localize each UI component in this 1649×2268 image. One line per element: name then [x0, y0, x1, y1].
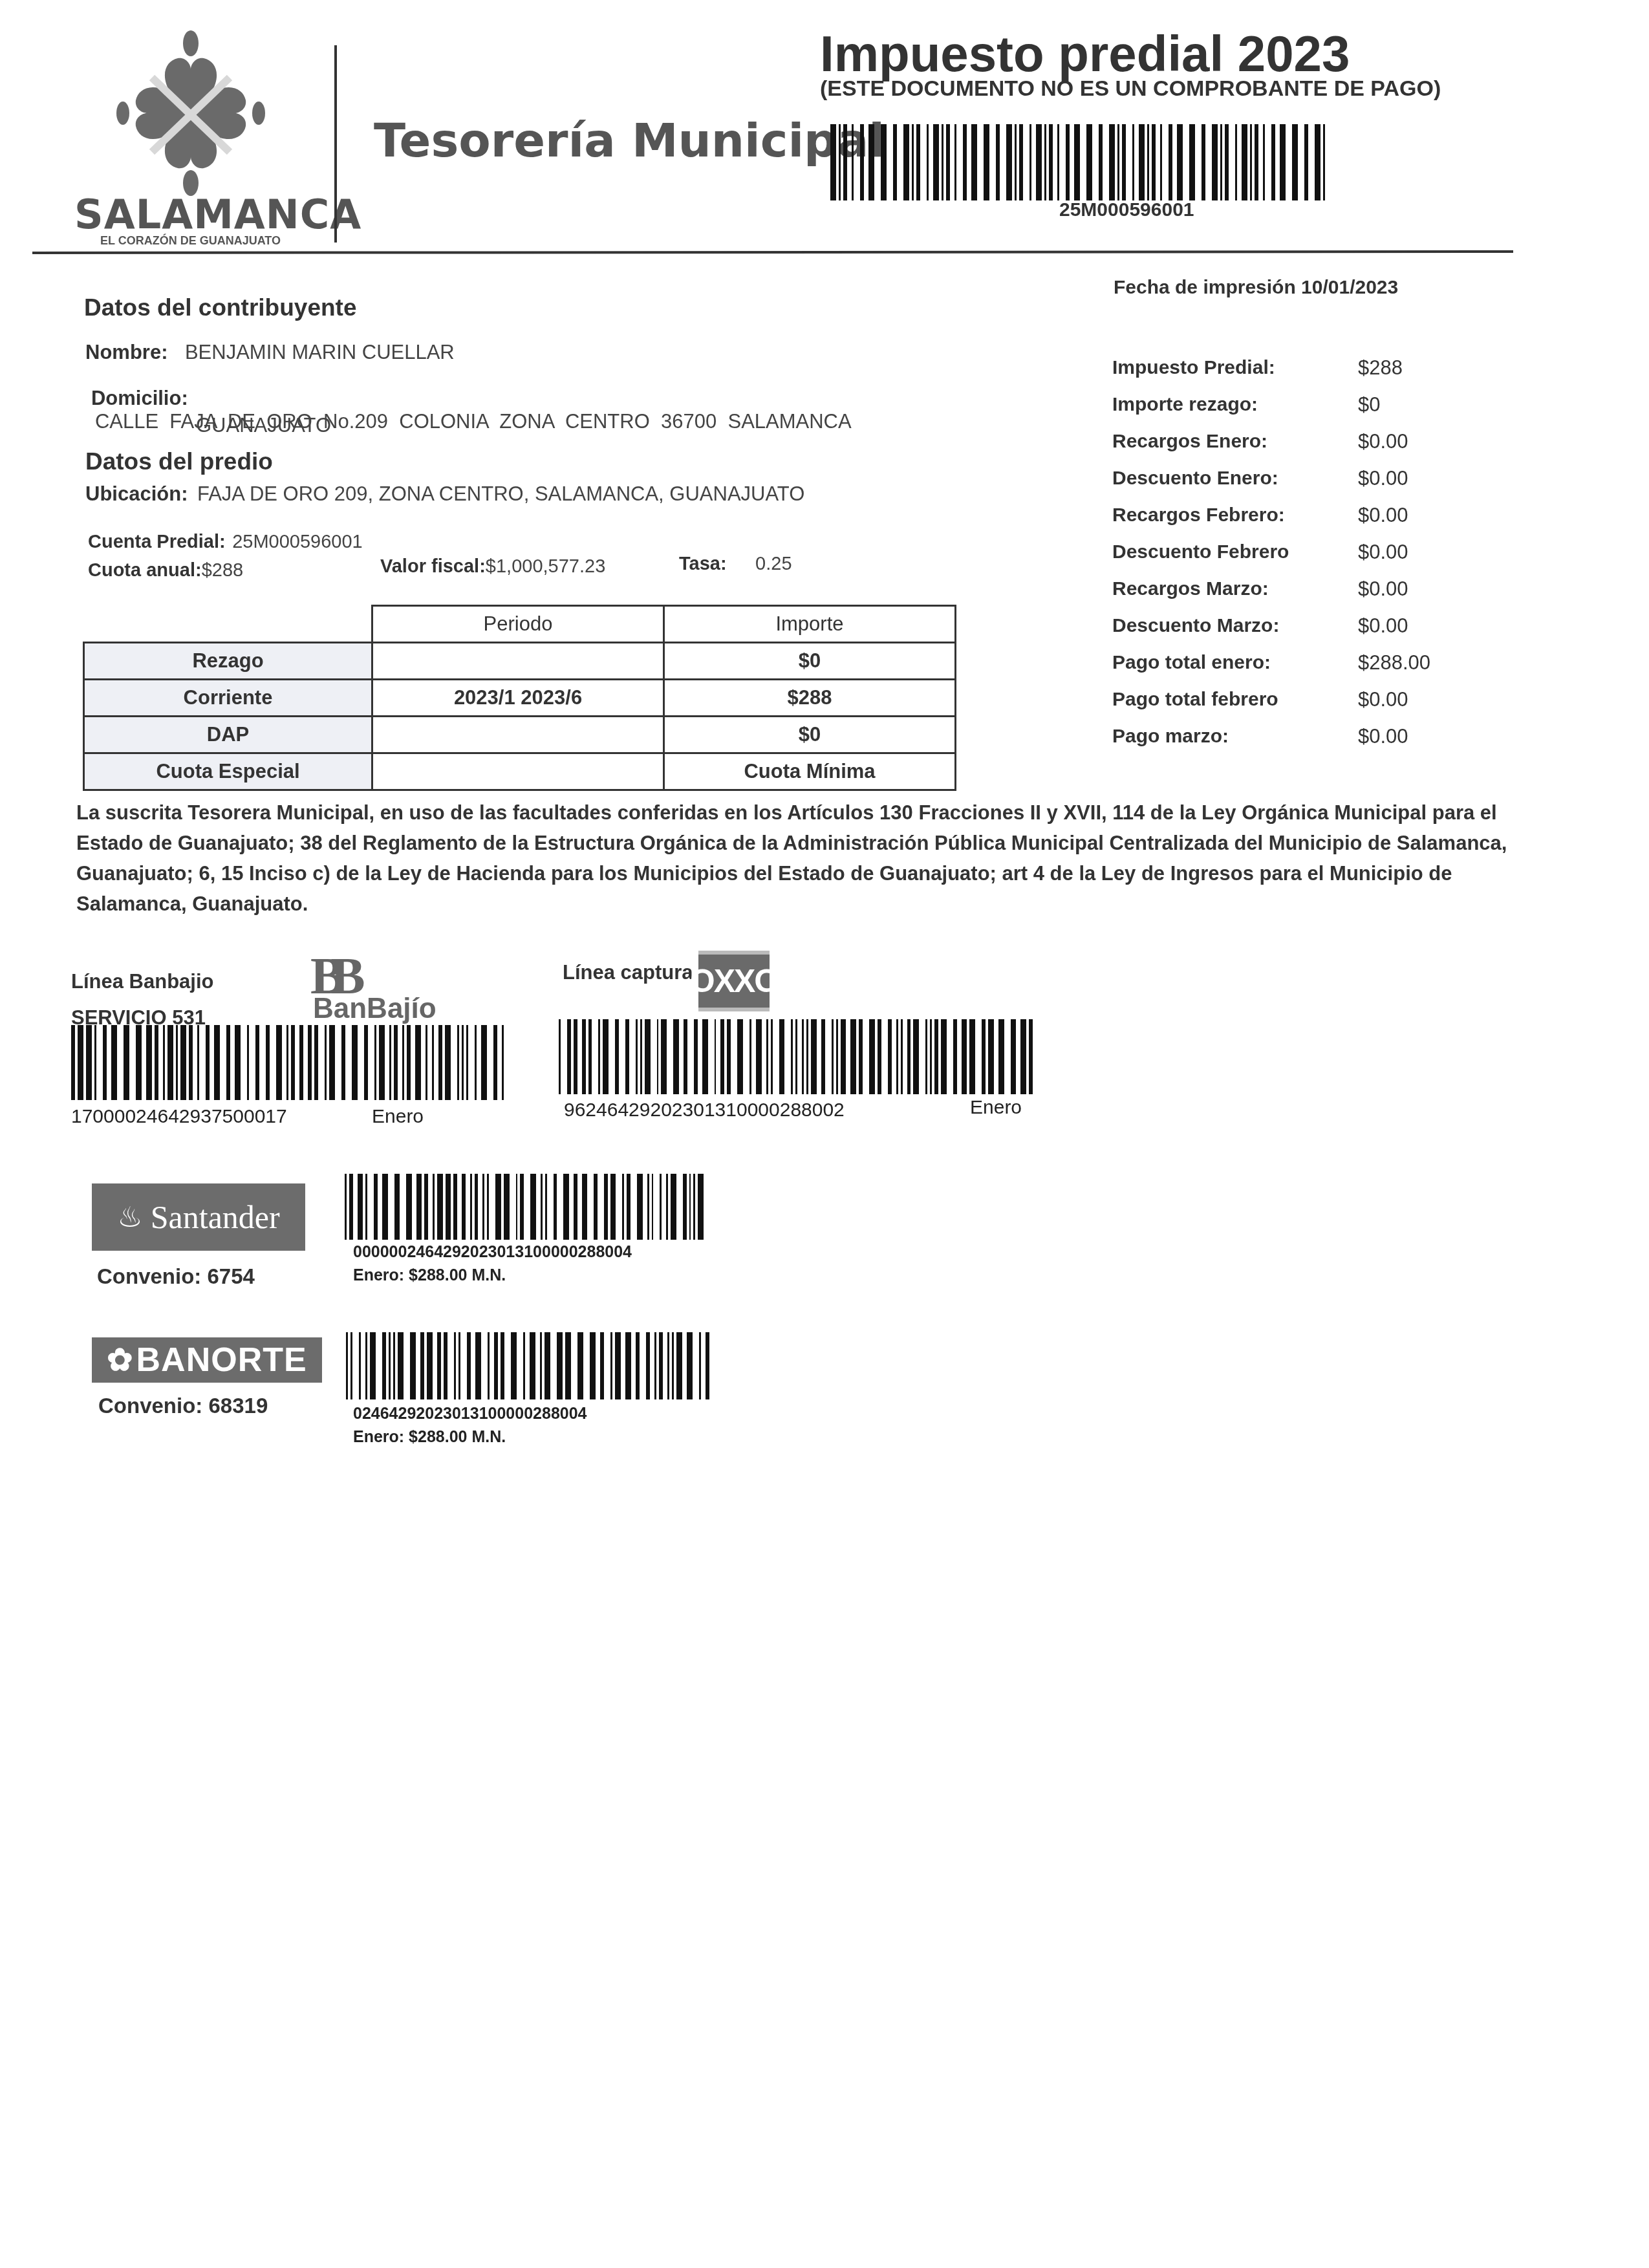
- annual-fee-value: $288: [202, 560, 244, 581]
- print-date: Fecha de impresión 10/01/2023: [1114, 277, 1398, 299]
- summary-row: Importe rezago:$0: [1112, 386, 1430, 423]
- summary-value: $0.00: [1358, 467, 1408, 490]
- fiscal-value-label: Valor fiscal:: [380, 556, 486, 577]
- santander-amount: Enero: $288.00 M.N.: [353, 1266, 506, 1285]
- table-header-row: Periodo Importe: [84, 606, 956, 643]
- summary-label: Recargos Marzo:: [1112, 578, 1358, 600]
- santander-code: 0000002464292023013100000288004: [353, 1243, 632, 1262]
- banbajio-brand: BanBajío: [313, 993, 436, 1025]
- santander-convenio: Convenio: 6754: [97, 1264, 255, 1289]
- summary-label: Impuesto Predial:: [1112, 357, 1358, 379]
- salamanca-heart-logo-icon: [116, 29, 265, 197]
- document-title: Impuesto predial 2023: [820, 25, 1350, 83]
- property-location-row: Ubicación: FAJA DE ORO 209, ZONA CENTRO,…: [85, 482, 804, 506]
- summary-row: Descuento Enero:$0.00: [1112, 460, 1430, 497]
- row-periodo: [372, 753, 664, 790]
- summary-row: Descuento Marzo:$0.00: [1112, 607, 1430, 644]
- account-number: 25M000596001: [232, 532, 363, 552]
- summary-value: $0.00: [1358, 430, 1408, 453]
- table-row: Corriente 2023/1 2023/6 $288: [84, 680, 956, 717]
- summary-value: $288.00: [1358, 651, 1430, 675]
- table-row: Cuota Especial Cuota Mínima: [84, 753, 956, 790]
- summary-row: Recargos Enero:$0.00: [1112, 423, 1430, 460]
- row-label: Corriente: [84, 680, 372, 717]
- summary-label: Importe rezago:: [1112, 394, 1358, 416]
- rates-table: Periodo Importe Rezago $0 Corriente 2023…: [83, 605, 956, 791]
- legal-text: La suscrita Tesorera Municipal, en uso d…: [76, 797, 1525, 919]
- summary-label: Pago total febrero: [1112, 689, 1358, 711]
- property-location: FAJA DE ORO 209, ZONA CENTRO, SALAMANCA,…: [197, 482, 804, 505]
- address-label: Domicilio:: [91, 387, 188, 409]
- summary-row: Pago marzo:$0.00: [1112, 718, 1430, 755]
- row-importe: $0: [664, 717, 956, 753]
- banbajio-barcode: [71, 1025, 511, 1100]
- print-date-value: 10/01/2023: [1301, 277, 1398, 298]
- summary-label: Recargos Febrero:: [1112, 504, 1358, 526]
- account-label: Cuenta Predial:: [88, 532, 226, 552]
- santander-flame-icon: ♨: [117, 1201, 142, 1234]
- municipality-tagline: EL CORAZÓN DE GUANAJUATO: [100, 234, 281, 248]
- banbajio-code: 17000024642937500017: [71, 1106, 287, 1128]
- banbajio-month-text: Enero: [372, 1106, 424, 1127]
- oxxo-logo-icon: OXXO: [698, 951, 770, 1011]
- banorte-convenio: Convenio: 68319: [98, 1394, 268, 1418]
- header-rule: [32, 250, 1513, 254]
- taxpayer-name: BENJAMIN MARIN CUELLAR: [185, 341, 455, 363]
- summary-row: Recargos Marzo:$0.00: [1112, 570, 1430, 607]
- row-importe: $288: [664, 680, 956, 717]
- summary-value: $0.00: [1358, 614, 1408, 638]
- santander-barcode: [345, 1174, 710, 1240]
- summary-value: $0.00: [1358, 541, 1408, 564]
- table-header-importe: Importe: [664, 606, 956, 643]
- summary-value: $0.00: [1358, 688, 1408, 711]
- oxxo-barcode: [559, 1019, 1037, 1094]
- name-label: Nombre:: [85, 341, 167, 363]
- row-label: DAP: [84, 717, 372, 753]
- summary-value: $0.00: [1358, 725, 1408, 748]
- summary-label: Pago total enero:: [1112, 652, 1358, 674]
- summary-label: Descuento Marzo:: [1112, 615, 1358, 637]
- department-title: Tesorería Municipal: [374, 113, 885, 167]
- row-label: Cuota Especial: [84, 753, 372, 790]
- rate-label: Tasa:: [679, 554, 727, 574]
- property-section-title: Datos del predio: [85, 448, 273, 475]
- summary-label: Pago marzo:: [1112, 726, 1358, 748]
- row-importe: $0: [664, 643, 956, 680]
- oxxo-month: Enero: [970, 1097, 1022, 1119]
- row-label: Rezago: [84, 643, 372, 680]
- banorte-logo: ✿ BANORTE: [92, 1337, 322, 1383]
- summary-row: Pago total enero:$288.00: [1112, 644, 1430, 681]
- fiscal-value-row: Valor fiscal:$1,000,577.23: [380, 556, 605, 578]
- summary-label: Descuento Enero:: [1112, 468, 1358, 490]
- banbajio-month: Enero: [262, 1106, 424, 1128]
- document-subtitle: (ESTE DOCUMENTO NO ES UN COMPROBANTE DE …: [820, 76, 1441, 102]
- summary-value: $288: [1358, 356, 1403, 380]
- summary-row: Impuesto Predial:$288: [1112, 349, 1430, 386]
- account-barcode: [830, 124, 1330, 200]
- banbajio-line-label: Línea Banbajio: [71, 970, 213, 993]
- santander-logo: ♨ Santander: [92, 1183, 305, 1251]
- payment-summary: Impuesto Predial:$288Importe rezago:$0Re…: [1112, 349, 1430, 755]
- banorte-brand: BANORTE: [136, 1341, 307, 1379]
- summary-value: $0.00: [1358, 504, 1408, 527]
- row-importe: Cuota Mínima: [664, 753, 956, 790]
- header-divider: [334, 45, 337, 243]
- annual-fee-row: Cuota anual:$288: [88, 560, 243, 581]
- banorte-barcode: [346, 1332, 713, 1399]
- table-header-periodo: Periodo: [372, 606, 664, 643]
- summary-row: Pago total febrero$0.00: [1112, 681, 1430, 718]
- summary-row: Descuento Febrero$0.00: [1112, 534, 1430, 570]
- municipality-name: SALAMANCA: [74, 191, 361, 238]
- summary-row: Recargos Febrero:$0.00: [1112, 497, 1430, 534]
- row-periodo: [372, 717, 664, 753]
- location-label: Ubicación:: [85, 482, 188, 505]
- banorte-amount: Enero: $288.00 M.N.: [353, 1428, 506, 1447]
- row-periodo: 2023/1 2023/6: [372, 680, 664, 717]
- table-row: DAP $0: [84, 717, 956, 753]
- summary-value: $0: [1358, 393, 1380, 416]
- rate-value: 0.25: [755, 554, 792, 574]
- banorte-logo-icon: ✿: [107, 1342, 133, 1378]
- taxpayer-name-row: Nombre: BENJAMIN MARIN CUELLAR: [85, 341, 455, 364]
- santander-brand: Santander: [151, 1198, 280, 1236]
- fiscal-value: $1,000,577.23: [486, 556, 605, 577]
- account-barcode-text: 25M000596001: [1059, 199, 1194, 221]
- banorte-code: 02464292023013100000288004: [353, 1405, 587, 1423]
- summary-value: $0.00: [1358, 578, 1408, 601]
- rate-row: Tasa: 0.25: [679, 554, 792, 575]
- print-date-label: Fecha de impresión: [1114, 277, 1296, 298]
- summary-label: Recargos Enero:: [1112, 431, 1358, 453]
- annual-fee-label: Cuota anual:: [88, 560, 202, 581]
- summary-label: Descuento Febrero: [1112, 541, 1358, 563]
- table-row: Rezago $0: [84, 643, 956, 680]
- account-row: Cuenta Predial: 25M000596001: [88, 532, 363, 553]
- oxxo-code: 96246429202301310000288002: [564, 1099, 845, 1121]
- row-periodo: [372, 643, 664, 680]
- taxpayer-section-title: Datos del contribuyente: [84, 294, 356, 321]
- taxpayer-address-line2: GUANAJUATO: [196, 414, 331, 437]
